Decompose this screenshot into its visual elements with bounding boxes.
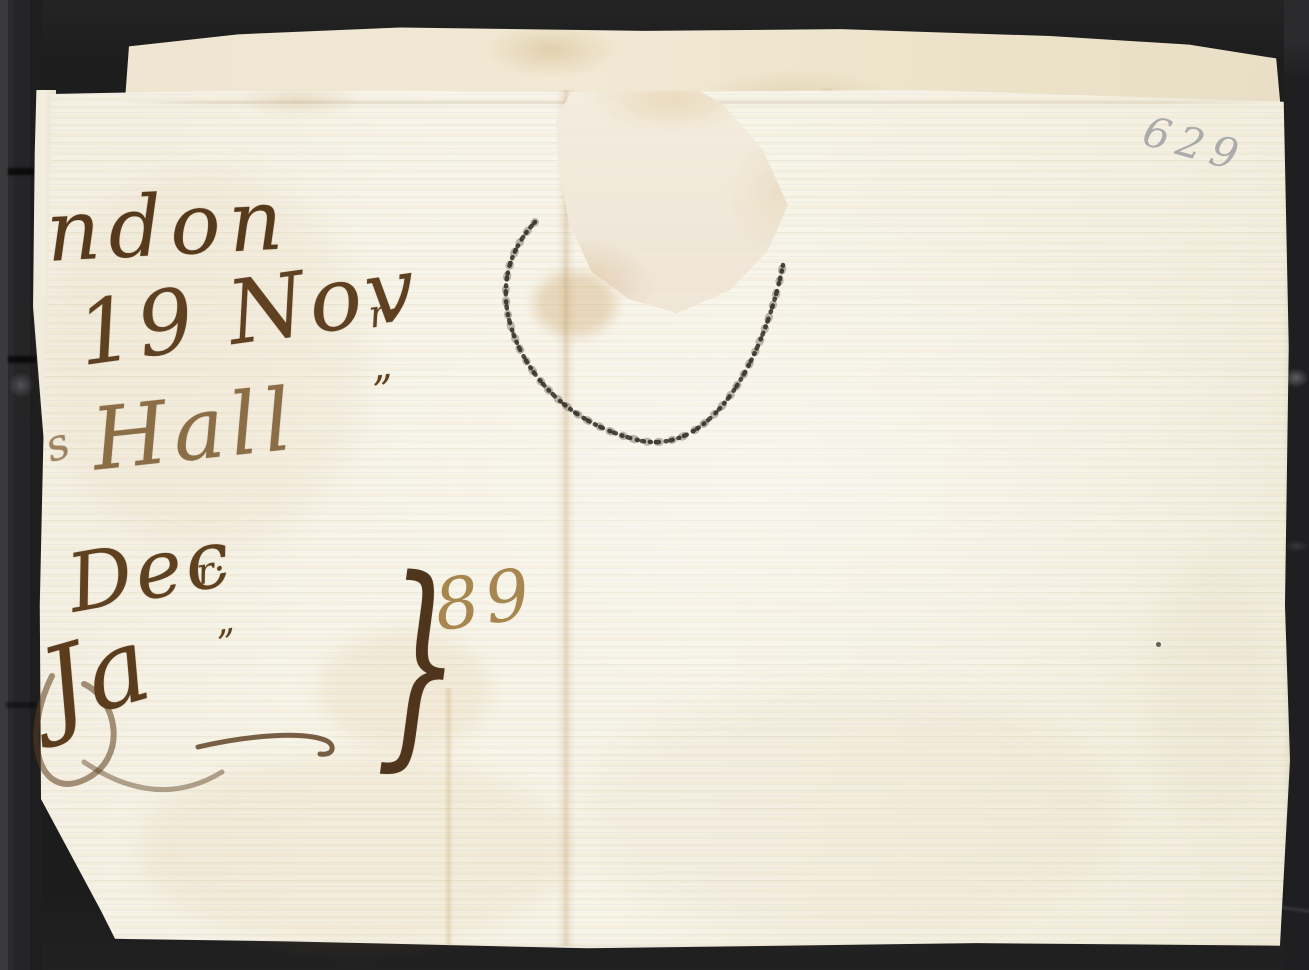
inscription-hall: Hall xyxy=(88,377,301,484)
postmark-and-swashes-layer xyxy=(0,0,1309,970)
inscription-nov-superscript: r· xyxy=(366,292,401,334)
inscription-dec-superscript: r· xyxy=(194,551,228,591)
scanned-letter-photo: ndon 19 Nov r· „ s Hall Dec r· „ Ja } 89… xyxy=(0,0,1309,970)
inscription-year-89: 89 xyxy=(430,558,540,641)
partial-circular-postmark xyxy=(506,222,783,442)
